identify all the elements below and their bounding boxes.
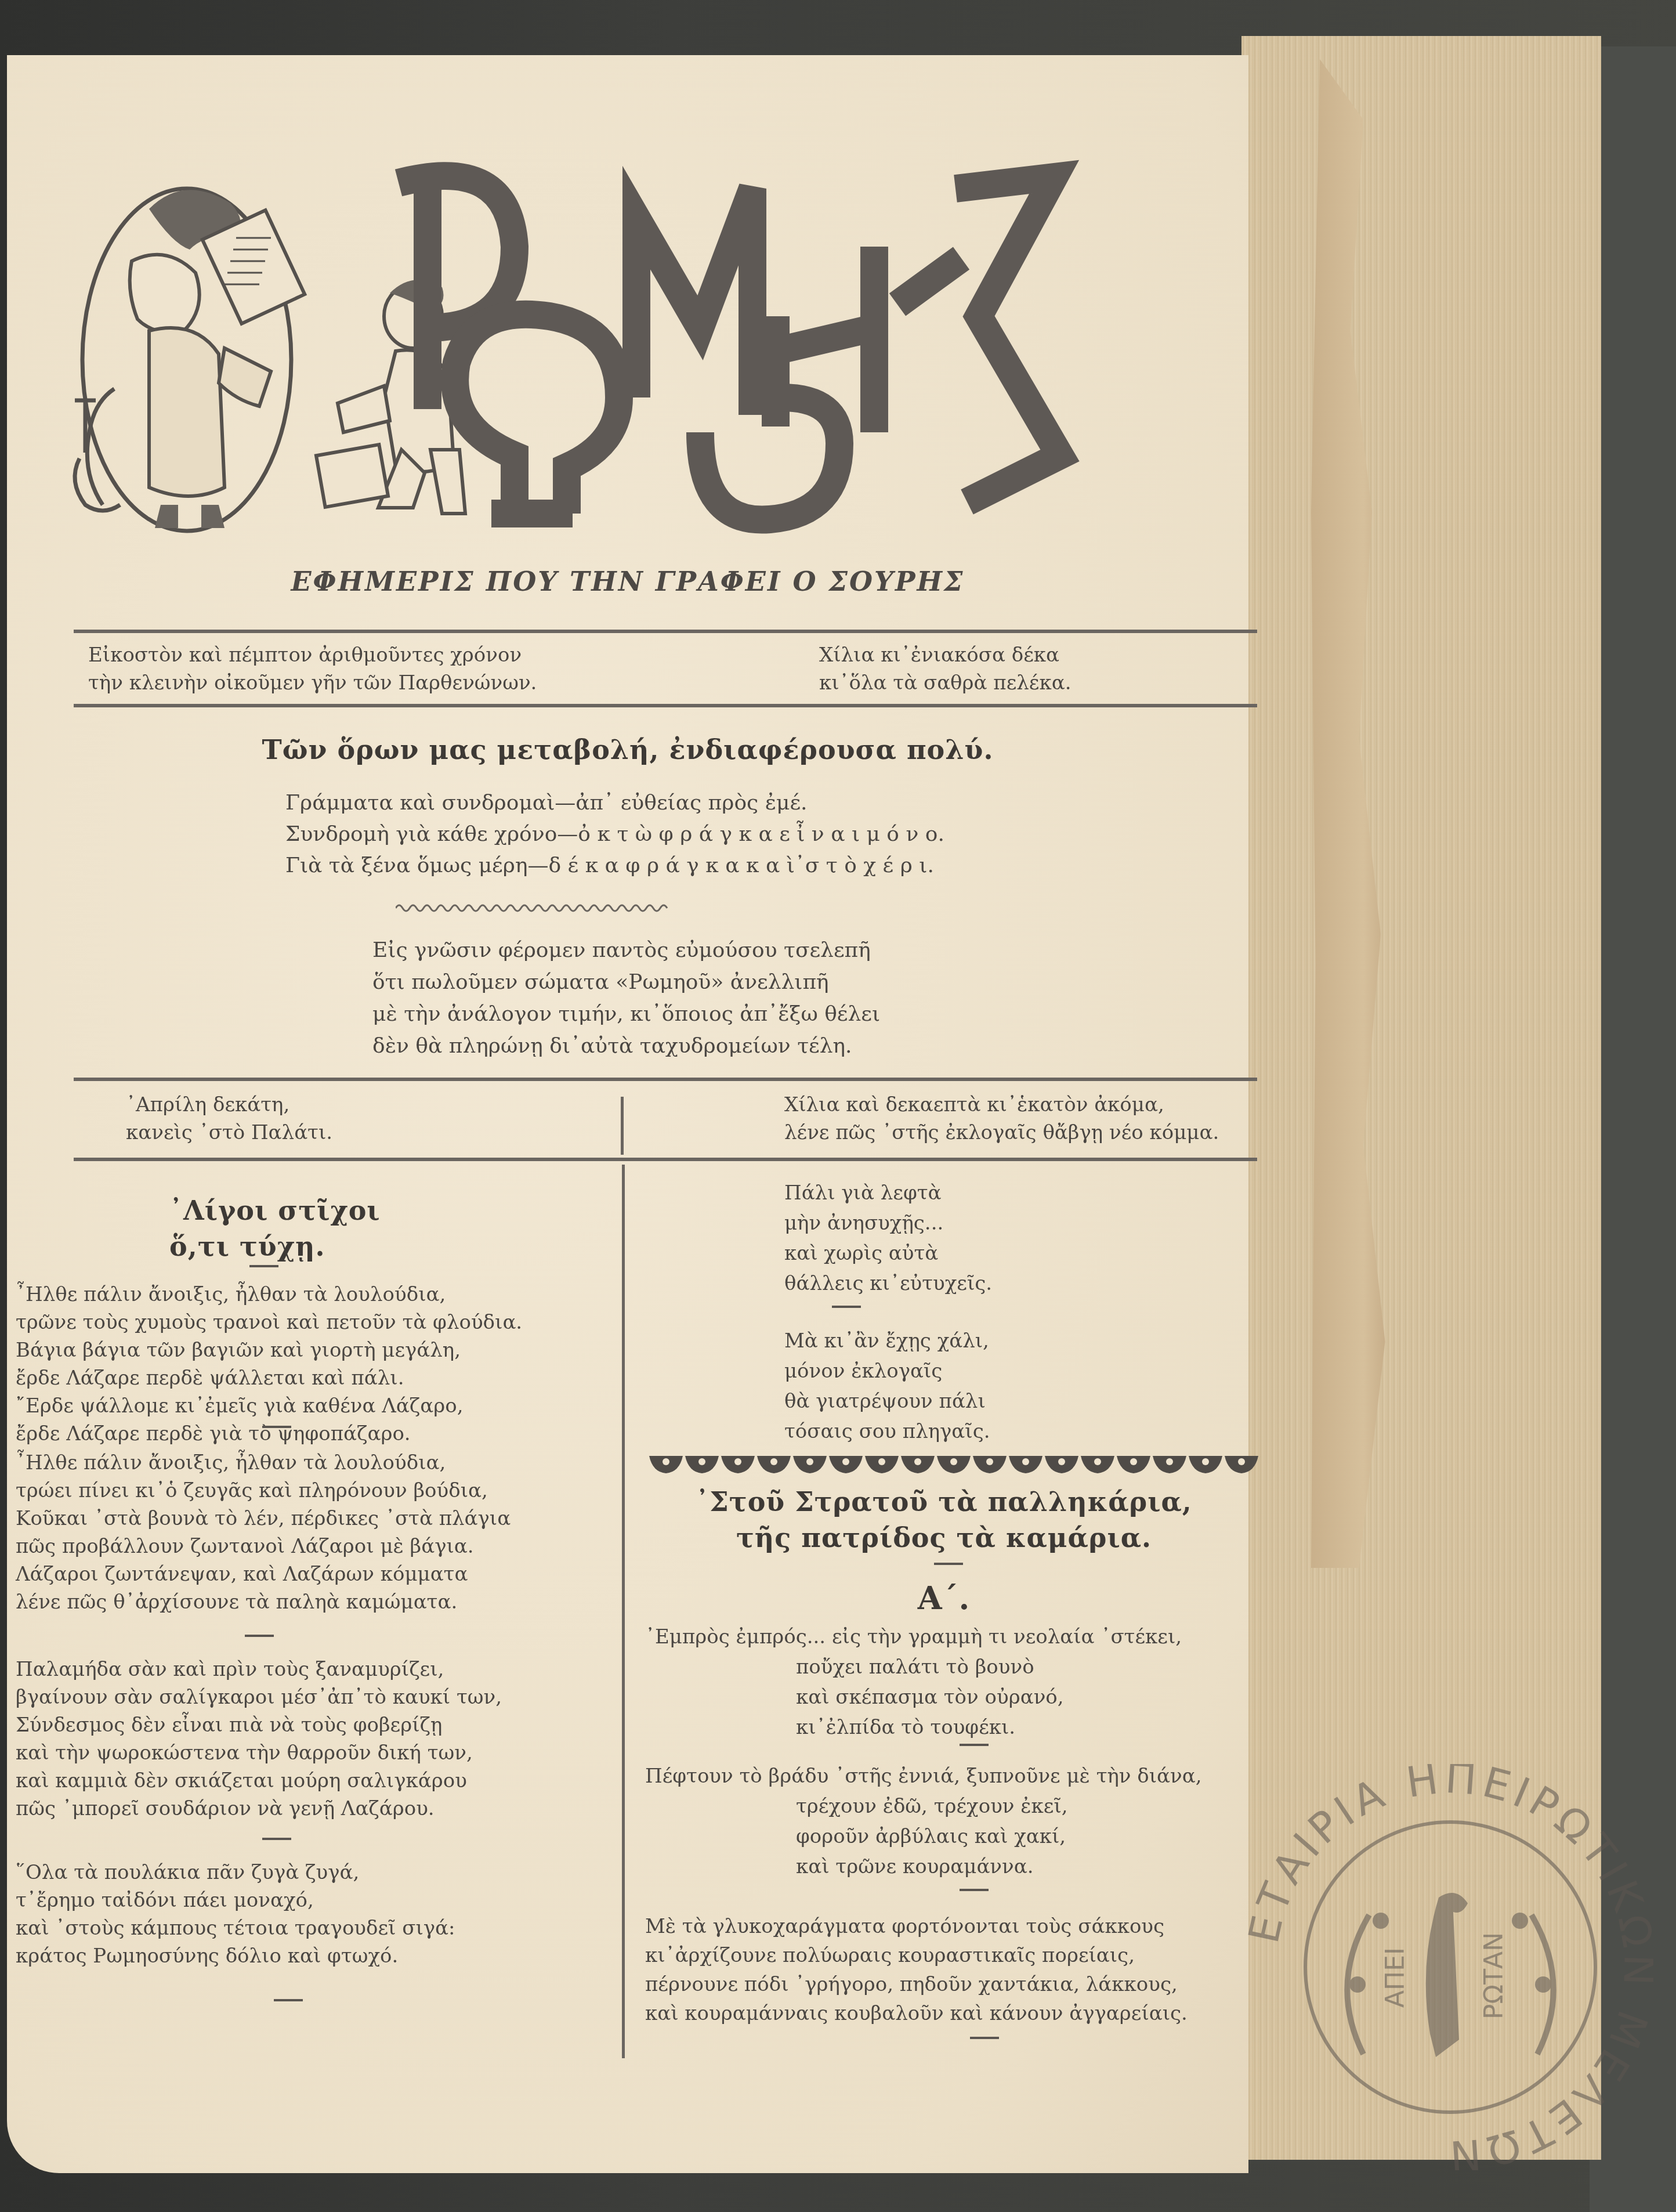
wavy-separator-icon	[396, 902, 668, 914]
stanza: ῏Ηλθε πάλιν ἄνοιξις, ἦλθαν τὰ λουλούδια,…	[16, 1449, 511, 1616]
right-column-title: ᾿Στοῦ Στρατοῦ τὰ παλληκάρια, τῆς πατρίδο…	[631, 1484, 1257, 1556]
dash-separator	[262, 1426, 291, 1428]
stanza: ᾿Εμπρὸς ἐμπρός... εἰς τὴν γραμμὴ τι νεολ…	[645, 1622, 1182, 1743]
newspaper-page: Ο ΡΩΜΗΟΣ ΕΦΗΜΕΡΙΣ ΠΟΥ ΤΗΝ ΓΡΑΦΕΙ Ο ΣΟΥΡΗ…	[7, 55, 1248, 2173]
notice-heading: Τῶν ὅρων μας μεταβολή, ἐνδιαφέρουσα πολύ…	[7, 733, 1248, 767]
stanza: Μὰ κι᾿ἂν ἔχῃς χάλι, μόνον ἐκλογαῖς θὰ γι…	[784, 1326, 990, 1447]
divider	[74, 1078, 1257, 1081]
stanza: Πέφτουν τὸ βράδυ ᾿στῆς ἐννιά, ξυπνοῦνε μ…	[645, 1761, 1202, 1882]
subscription-terms: Γράμματα καὶ συνδρομαὶ—ἀπ᾿ εὐθείας πρὸς …	[285, 787, 944, 881]
divider	[74, 630, 1257, 633]
dash-separator	[960, 1744, 989, 1746]
dash-separator	[934, 1563, 963, 1565]
divider	[74, 1158, 1257, 1161]
dash-separator	[245, 1635, 274, 1637]
stanza: Πάλι γιὰ λεφτὰ μὴν ἀνησυχῇς... καὶ χωρὶς…	[784, 1178, 992, 1299]
stanza: Μὲ τὰ γλυκοχαράγματα φορτόνονται τοὺς σά…	[645, 1912, 1188, 2028]
dash-separator	[274, 1999, 303, 2001]
couplet-right: Χίλια καὶ δεκαεπτὰ κι᾿ἑκατὸν ἀκόμα, λένε…	[784, 1091, 1219, 1147]
masthead-subtitle: ΕΦΗΜΕΡΙΣ ΠΟΥ ΤΗΝ ΓΡΑΦΕΙ Ο ΣΟΥΡΗΣ	[7, 566, 1248, 597]
stanza: ῏Ηλθε πάλιν ἄνοιξις, ἦλθαν τὰ λουλούδια,…	[16, 1281, 522, 1448]
ornamental-border-icon	[648, 1454, 1260, 1474]
dash-separator	[960, 1889, 989, 1891]
dash-separator	[832, 1306, 861, 1308]
library-stamp-icon: ΕΤΑΙΡΙΑ ΗΠΕΙΡΩΤΙΚΩΝ ΜΕΛΕΤΩΝ ΑΠΕΙ ΡΩΤΑΝ	[1247, 1764, 1653, 2170]
section-label: Α΄.	[631, 1581, 1257, 1615]
left-column-title: ᾿Λίγοι στῖχοι ὅ,τι τύχῃ.	[169, 1192, 381, 1264]
column-divider	[621, 1097, 624, 1155]
masthead-logo-letters	[375, 154, 1199, 537]
epigraph-left: Εἰκοστὸν καὶ πέμπτον ἀριθμοῦντες χρόνον …	[88, 641, 537, 697]
torn-page-strip	[1311, 59, 1398, 1568]
dash-separator	[970, 2037, 999, 2039]
dash-separator	[262, 1838, 291, 1840]
announcement: Εἰς γνῶσιν φέρομεν παντὸς εὐμούσου τσελε…	[372, 934, 880, 1062]
svg-text:ΡΩΤΑΝ: ΡΩΤΑΝ	[1479, 1932, 1509, 2019]
epigraph-right: Χίλια κι᾿ἐνιακόσα δέκα κι᾿ὅλα τὰ σαθρὰ π…	[819, 641, 1071, 697]
stanza: ῞Ολα τὰ πουλάκια πᾶν ζυγὰ ζυγά, τ᾿ἔρημο …	[16, 1859, 455, 1970]
svg-text:ΑΠΕΙ: ΑΠΕΙ	[1381, 1947, 1410, 2008]
dash-separator	[249, 1265, 278, 1267]
stanza: Παλαμήδα σὰν καὶ πρὶν τοὺς ξαναμυρίζει, …	[16, 1656, 502, 1823]
column-divider	[622, 1165, 625, 2058]
couplet-left: ᾿Απρίλη δεκάτη, κανεὶς ᾿στὸ Παλάτι.	[126, 1091, 332, 1147]
divider	[74, 704, 1257, 707]
